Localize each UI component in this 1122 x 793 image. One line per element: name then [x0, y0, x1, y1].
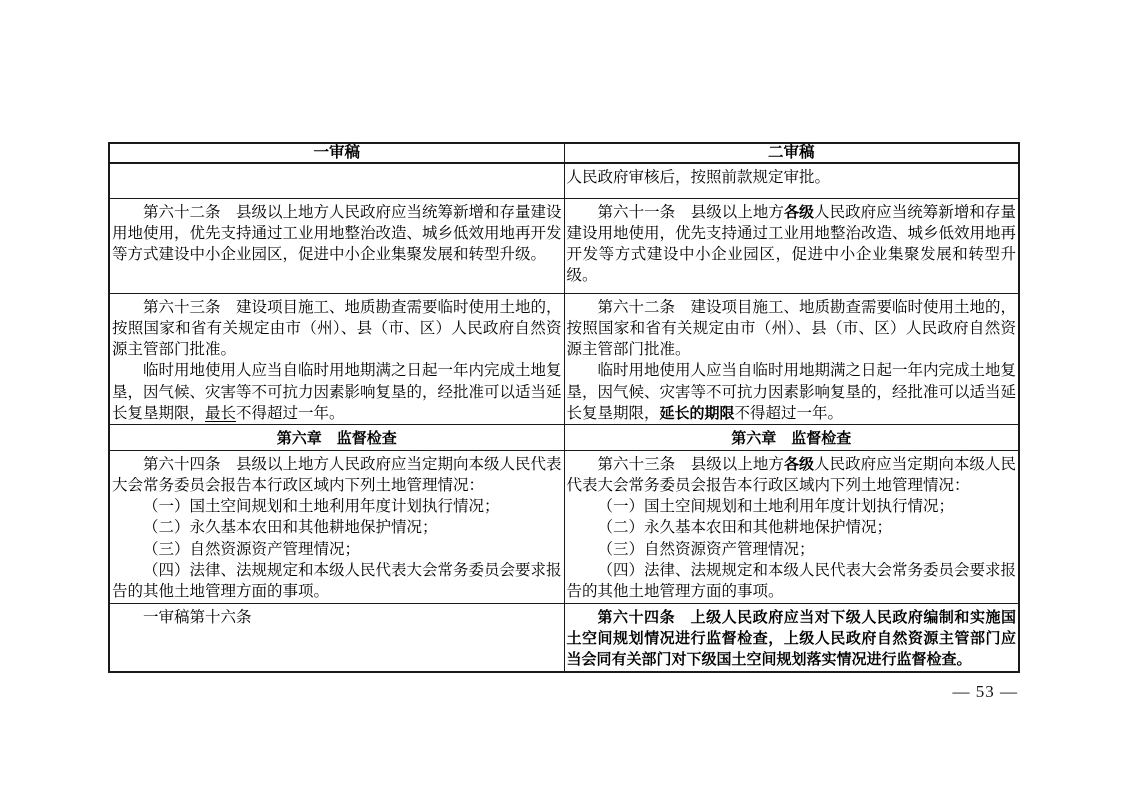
column-header-second-draft: 二审稿 — [564, 143, 1019, 163]
text-segment: （四）法律、法规规定和本级人民代表大会常务委员会要求报告的其他土地管理方面的事项… — [567, 562, 1017, 600]
cell-first-draft: 第六十四条 县级以上地方人民政府应当定期向本级人民代表大会常务委员会报告本行政区… — [109, 450, 564, 603]
text-segment: 第六十三条 建设项目施工、地质勘查需要临时使用土地的，按照国家和省有关规定由市（… — [112, 299, 562, 359]
text-segment: 第六章 监督检查 — [731, 430, 851, 447]
page-number: — 53 — — [108, 682, 1018, 702]
cell-first-draft: 第六章 监督检查 — [109, 425, 564, 450]
document-page: 一审稿 二审稿 人民政府审核后，按照前款规定审批。 第六十二条 县级以上地方人民… — [0, 0, 1122, 793]
text-segment: 第六十一条 县级以上地方 — [598, 204, 784, 221]
draft-comparison-table: 一审稿 二审稿 人民政府审核后，按照前款规定审批。 第六十二条 县级以上地方人民… — [108, 142, 1020, 673]
table-row: 第六十三条 建设项目施工、地质勘查需要临时使用土地的，按照国家和省有关规定由市（… — [109, 293, 1019, 425]
text-segment: 第六十四条 县级以上地方人民政府应当定期向本级人民代表大会常务委员会报告本行政区… — [112, 456, 562, 494]
text-segment: 不得超过一年。 — [735, 405, 844, 422]
text-segment: 一审稿第十六条 — [143, 609, 252, 626]
cell-second-draft: 第六十二条 建设项目施工、地质勘查需要临时使用土地的，按照国家和省有关规定由市（… — [564, 293, 1019, 425]
paragraph: 第六十四条 上级人民政府应当对下级人民政府编制和实施国土空间规划情况进行监督检查… — [567, 607, 1017, 671]
text-segment: 第六十四条 上级人民政府应当对下级人民政府编制和实施国土空间规划情况进行监督检查… — [567, 609, 1017, 669]
text-segment: 延长的期限 — [660, 405, 735, 422]
text-segment: 各级 — [784, 204, 814, 221]
cell-first-draft — [109, 163, 564, 198]
paragraph: 临时用地使用人应当自临时用地期满之日起一年内完成土地复垦，因气候、灾害等不可抗力… — [567, 360, 1017, 424]
text-segment: 各级 — [784, 456, 814, 473]
column-header-first-draft: 一审稿 — [109, 143, 564, 163]
paragraph: 第六十二条 建设项目施工、地质勘查需要临时使用土地的，按照国家和省有关规定由市（… — [567, 297, 1017, 361]
paragraph: 第六十二条 县级以上地方人民政府应当统筹新增和存量建设用地使用，优先支持通过工业… — [112, 202, 562, 266]
paragraph: 第六章 监督检查 — [112, 428, 562, 449]
text-segment: 第六十二条 县级以上地方人民政府应当统筹新增和存量建设用地使用，优先支持通过工业… — [112, 204, 562, 264]
cell-first-draft: 一审稿第十六条 — [109, 603, 564, 671]
text-segment: （一）国土空间规划和土地利用年度计划执行情况； — [143, 498, 500, 515]
text-segment: （四）法律、法规规定和本级人民代表大会常务委员会要求报告的其他土地管理方面的事项… — [112, 562, 562, 600]
table-row: 第六十二条 县级以上地方人民政府应当统筹新增和存量建设用地使用，优先支持通过工业… — [109, 198, 1019, 293]
text-segment: （二）永久基本农田和其他耕地保护情况； — [143, 519, 438, 536]
text-segment: 最长 — [205, 405, 236, 422]
text-segment: （二）永久基本农田和其他耕地保护情况； — [598, 519, 893, 536]
paragraph: 一审稿第十六条 — [112, 607, 562, 628]
cell-first-draft: 第六十二条 县级以上地方人民政府应当统筹新增和存量建设用地使用，优先支持通过工业… — [109, 198, 564, 293]
paragraph: （二）永久基本农田和其他耕地保护情况； — [112, 517, 562, 538]
text-segment: 第六章 监督检查 — [277, 430, 397, 447]
table-row: 第六十四条 县级以上地方人民政府应当定期向本级人民代表大会常务委员会报告本行政区… — [109, 450, 1019, 603]
text-segment: （一）国土空间规划和土地利用年度计划执行情况； — [598, 498, 955, 515]
paragraph: （一）国土空间规划和土地利用年度计划执行情况； — [112, 496, 562, 517]
cell-second-draft: 第六章 监督检查 — [564, 425, 1019, 450]
paragraph: （三）自然资源资产管理情况； — [567, 539, 1017, 560]
paragraph: （四）法律、法规规定和本级人民代表大会常务委员会要求报告的其他土地管理方面的事项… — [112, 560, 562, 603]
text-segment: 不得超过一年。 — [236, 405, 345, 422]
paragraph: 第六十三条 县级以上地方各级人民政府应当定期向本级人民代表大会常务委员会报告本行… — [567, 454, 1017, 497]
table-header-row: 一审稿 二审稿 — [109, 143, 1019, 163]
paragraph: 第六十一条 县级以上地方各级人民政府应当统筹新增和存量建设用地使用，优先支持通过… — [567, 202, 1017, 287]
cell-second-draft: 第六十三条 县级以上地方各级人民政府应当定期向本级人民代表大会常务委员会报告本行… — [564, 450, 1019, 603]
paragraph: （四）法律、法规规定和本级人民代表大会常务委员会要求报告的其他土地管理方面的事项… — [567, 560, 1017, 603]
cell-second-draft: 第六十一条 县级以上地方各级人民政府应当统筹新增和存量建设用地使用，优先支持通过… — [564, 198, 1019, 293]
text-segment: （三）自然资源资产管理情况； — [598, 541, 815, 558]
table-row: 人民政府审核后，按照前款规定审批。 — [109, 163, 1019, 198]
paragraph: （三）自然资源资产管理情况； — [112, 539, 562, 560]
text-segment: 第六十二条 建设项目施工、地质勘查需要临时使用土地的，按照国家和省有关规定由市（… — [567, 299, 1017, 359]
paragraph: （二）永久基本农田和其他耕地保护情况； — [567, 517, 1017, 538]
table-row: 一审稿第十六条 第六十四条 上级人民政府应当对下级人民政府编制和实施国土空间规划… — [109, 603, 1019, 671]
paragraph: （一）国土空间规划和土地利用年度计划执行情况； — [567, 496, 1017, 517]
paragraph: 第六章 监督检查 — [567, 428, 1017, 449]
chapter-heading-row: 第六章 监督检查 第六章 监督检查 — [109, 425, 1019, 450]
cell-second-draft: 人民政府审核后，按照前款规定审批。 — [564, 163, 1019, 198]
cell-second-draft: 第六十四条 上级人民政府应当对下级人民政府编制和实施国土空间规划情况进行监督检查… — [564, 603, 1019, 671]
paragraph: 第六十三条 建设项目施工、地质勘查需要临时使用土地的，按照国家和省有关规定由市（… — [112, 297, 562, 361]
text-segment: （三）自然资源资产管理情况； — [143, 541, 360, 558]
text-segment: 人民政府审核后，按照前款规定审批。 — [567, 169, 831, 186]
cell-first-draft: 第六十三条 建设项目施工、地质勘查需要临时使用土地的，按照国家和省有关规定由市（… — [109, 293, 564, 425]
paragraph: 人民政府审核后，按照前款规定审批。 — [567, 167, 1017, 188]
text-segment: 第六十三条 县级以上地方 — [598, 456, 784, 473]
paragraph: 第六十四条 县级以上地方人民政府应当定期向本级人民代表大会常务委员会报告本行政区… — [112, 454, 562, 497]
paragraph: 临时用地使用人应当自临时用地期满之日起一年内完成土地复垦，因气候、灾害等不可抗力… — [112, 360, 562, 424]
